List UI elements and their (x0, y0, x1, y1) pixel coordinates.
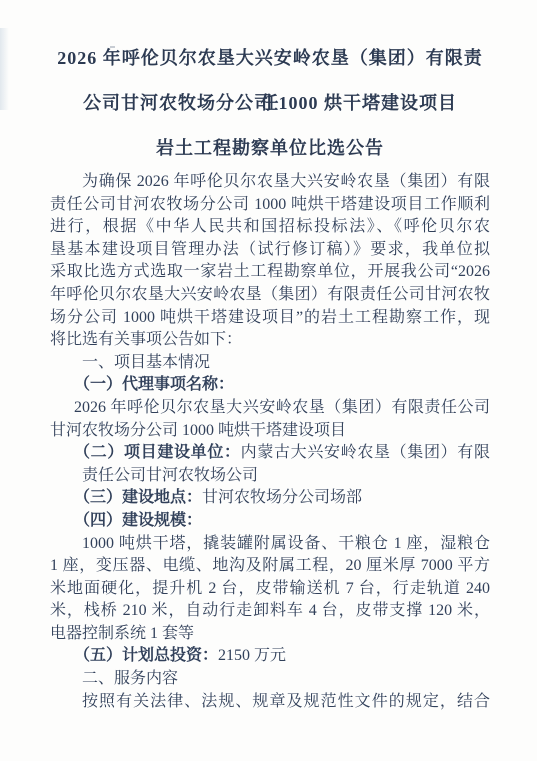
text-line: 按照有关法律、法规、规章及规范性文件的规定，结合 (50, 691, 490, 714)
text-line: （五）计划总投资：2150 万元 (50, 645, 490, 668)
heading-text: （二）项目建设单位： (74, 444, 241, 461)
body-text: 按照有关法律、法规、规章及规范性文件的规定，结合 (82, 693, 490, 710)
text-line: 米地面硬化，提升机 2 台，皮带输送机 7 台，行走轨道 240 (50, 578, 490, 601)
text-line: 2026 年呼伦贝尔农垦大兴安岭农垦（集团）有限责任公司 (50, 397, 490, 420)
body-text: 采取比选方式选取一家岩土工程勘察单位，开展我公司“2026 (50, 263, 490, 280)
text-line: 米，栈桥 210 米，自动行走卸料车 4 台，皮带支撑 120 米， (50, 600, 490, 623)
body-text: 甘河农牧场分公司 1000 吨烘干塔建设项目 (50, 422, 346, 439)
text-line: 1 座，变压器、电缆、地沟及附属工程，20 厘米厚 7000 平方 (50, 555, 490, 578)
title-line-1: 2026 年呼伦贝尔农垦大兴安岭农垦（集团）有限责任 (50, 36, 490, 81)
heading-text: （一）代理事项名称： (74, 376, 234, 393)
text-line: 年呼伦贝尔农垦大兴安岭农垦（集团）有限责任公司甘河农牧 (50, 284, 490, 307)
text-line: 责任公司甘河农牧场分公司 1000 吨烘干塔建设项目工作顺利 (50, 194, 490, 217)
body-text: 为确保 2026 年呼伦贝尔农垦大兴安岭农垦（集团）有限 (82, 173, 490, 190)
body-text: 二、服务内容 (82, 670, 178, 687)
body-text: 米，栈桥 210 米，自动行走卸料车 4 台，皮带支撑 120 米， (50, 602, 490, 619)
body-text: 一、项目基本情况 (82, 354, 210, 371)
heading-text: （三）建设地点： (74, 489, 202, 506)
body-text: 垦基本建设项目管理办法（试行修订稿）》要求，我单位拟 (50, 241, 490, 258)
text-line: 1000 吨烘干塔，撬装罐附属设备、干粮仓 1 座，湿粮仓 (50, 533, 490, 556)
text-line: 场分公司 1000 吨烘干塔建设项目”的岩土工程勘察工作，现 (50, 307, 490, 330)
body-text: 米地面硬化，提升机 2 台，皮带输送机 7 台，行走轨道 240 (50, 580, 490, 597)
text-line: 采取比选方式选取一家岩土工程勘察单位，开展我公司“2026 (50, 261, 490, 284)
heading-text: （五）计划总投资： (74, 647, 218, 664)
body-text: 场分公司 1000 吨烘干塔建设项目”的岩土工程勘察工作，现 (50, 309, 490, 326)
body-text: 电器控制系统 1 套等 (50, 625, 194, 642)
text-line: 进行，根据《中华人民共和国招标投标法》、《呼伦贝尔农 (50, 216, 490, 239)
text-line: 二、服务内容 (50, 668, 490, 691)
text-line: 垦基本建设项目管理办法（试行修订稿）》要求，我单位拟 (50, 239, 490, 262)
body-text: 2150 万元 (218, 647, 286, 664)
document-page: 2026 年呼伦贝尔农垦大兴安岭农垦（集团）有限责任 公司甘河农牧场分公司 10… (0, 0, 537, 761)
heading-text: （四）建设规模： (74, 512, 202, 529)
text-line: 一、项目基本情况 (50, 352, 490, 375)
body-text: 2026 年呼伦贝尔农垦大兴安岭农垦（集团）有限责任公司 (74, 399, 490, 416)
text-line: 电器控制系统 1 套等 (50, 623, 490, 646)
document-title: 2026 年呼伦贝尔农垦大兴安岭农垦（集团）有限责任 公司甘河农牧场分公司 10… (50, 36, 490, 171)
text-line: （四）建设规模： (50, 510, 490, 533)
text-line: （二）项目建设单位：内蒙古大兴安岭农垦（集团）有限 (50, 442, 490, 465)
body-text: 进行，根据《中华人民共和国招标投标法》、《呼伦贝尔农 (50, 218, 490, 235)
body-text: 1 座，变压器、电缆、地沟及附属工程，20 厘米厚 7000 平方 (50, 557, 490, 574)
body-text: 1000 吨烘干塔，撬装罐附属设备、干粮仓 1 座，湿粮仓 (82, 535, 490, 552)
text-line: 甘河农牧场分公司 1000 吨烘干塔建设项目 (50, 420, 490, 443)
text-line: （一）代理事项名称： (50, 374, 490, 397)
text-line: （三）建设地点：甘河农牧场分公司场部 (50, 487, 490, 510)
body-text: 内蒙古大兴安岭农垦（集团）有限 (241, 444, 490, 461)
title-line-3: 岩土工程勘察单位比选公告 (50, 126, 490, 171)
body-text: 责任公司甘河农牧场公司 (82, 467, 258, 484)
body-text: 将比选有关事项公告如下： (50, 331, 242, 348)
text-line: 将比选有关事项公告如下： (50, 329, 490, 352)
text-line: 为确保 2026 年呼伦贝尔农垦大兴安岭农垦（集团）有限 (50, 171, 490, 194)
body-text: 年呼伦贝尔农垦大兴安岭农垦（集团）有限责任公司甘河农牧 (50, 286, 490, 303)
body-text: 甘河农牧场分公司场部 (202, 489, 362, 506)
body-text: 责任公司甘河农牧场分公司 1000 吨烘干塔建设项目工作顺利 (50, 196, 490, 213)
text-line: 责任公司甘河农牧场公司 (50, 465, 490, 488)
scan-edge-artifact (0, 28, 9, 110)
document-body: 为确保 2026 年呼伦贝尔农垦大兴安岭农垦（集团）有限责任公司甘河农牧场分公司… (50, 171, 490, 713)
title-line-2: 公司甘河农牧场分公司 1000 烘干塔建设项目 (50, 81, 490, 126)
